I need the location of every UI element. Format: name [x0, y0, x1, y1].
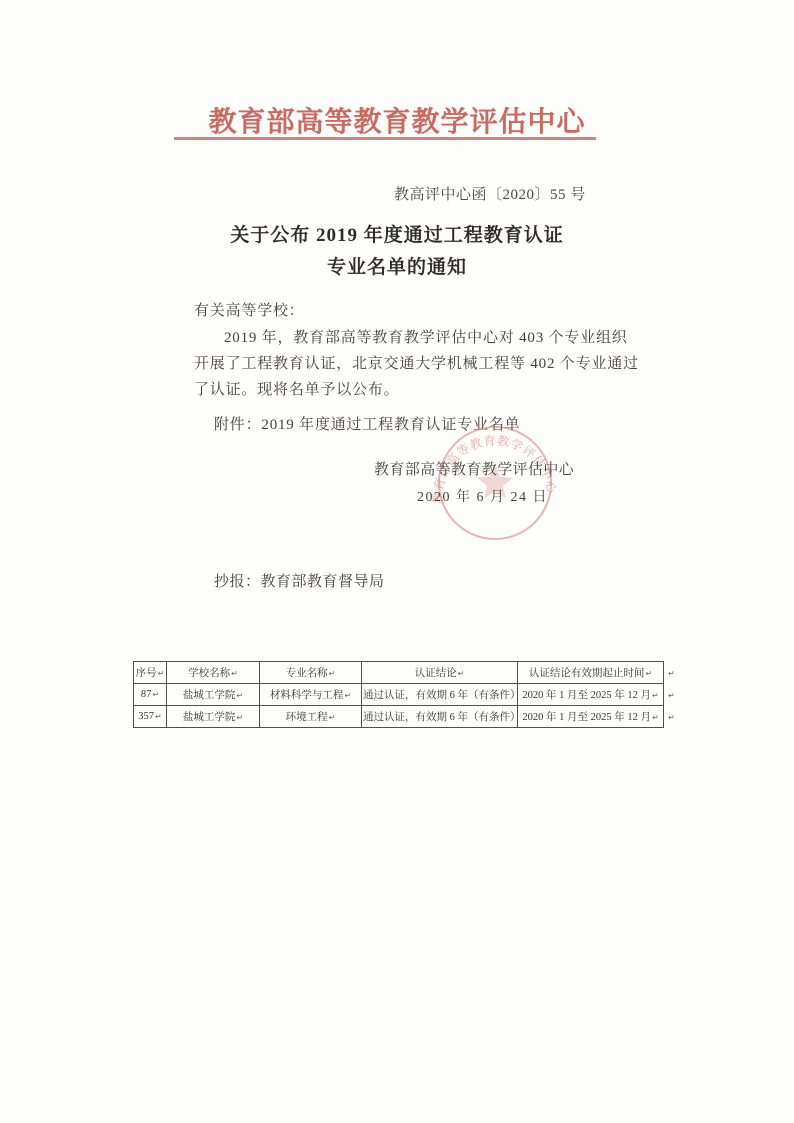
table-cell: 87↵	[134, 684, 167, 706]
letterhead-divider	[174, 137, 596, 140]
issue-date: 2020 年 6 月 24 日	[417, 486, 548, 506]
end-of-cell-mark: ↵	[645, 669, 652, 678]
end-of-cell-mark: ↵	[329, 713, 336, 722]
table-cell: 357↵	[134, 706, 167, 728]
end-of-cell-mark: ↵	[652, 691, 659, 700]
end-of-cell-mark: ↵	[458, 669, 465, 678]
body-line-2: 开展了工程教育认证，北京交通大学机械工程等 402 个专业通过	[194, 352, 639, 373]
end-of-cell-mark: ↵	[236, 713, 243, 722]
table-cell: 2020 年 1 月至 2025 年 12 月↵	[518, 684, 664, 706]
end-of-cell-mark: ↵	[344, 691, 351, 700]
column-header: 认证结论↵	[362, 662, 518, 684]
body-line-1: 2019 年，教育部高等教育教学评估中心对 403 个专业组织	[224, 326, 628, 347]
table-row: 357↵盐城工学院↵环境工程↵通过认证，有效期 6 年（有条件）↵2020 年 …	[134, 706, 664, 728]
table-row-end-marks: ↵↵↵	[667, 661, 675, 727]
end-of-row-mark: ↵	[668, 669, 675, 678]
document-number: 教高评中心函〔2020〕55 号	[394, 183, 586, 204]
column-header: 认证结论有效期起止时间↵	[518, 662, 664, 684]
end-of-row-mark: ↵	[668, 691, 675, 700]
body-line-3: 了认证。现将名单予以公布。	[194, 378, 399, 399]
end-of-cell-mark: ↵	[652, 713, 659, 722]
column-header: 专业名称↵	[260, 662, 362, 684]
end-of-cell-mark: ↵	[231, 669, 238, 678]
table-body: 87↵盐城工学院↵材料科学与工程↵通过认证，有效期 6 年（有条件）↵2020 …	[134, 684, 664, 728]
accreditation-table: 序号↵学校名称↵专业名称↵认证结论↵认证结论有效期起止时间↵ 87↵盐城工学院↵…	[133, 661, 664, 728]
document-title-line2: 专业名单的通知	[0, 252, 794, 279]
table-cell: 2020 年 1 月至 2025 年 12 月↵	[518, 706, 664, 728]
end-of-row-mark: ↵	[668, 713, 675, 722]
table-header-row: 序号↵学校名称↵专业名称↵认证结论↵认证结论有效期起止时间↵	[134, 662, 664, 684]
end-of-cell-mark: ↵	[236, 691, 243, 700]
table-cell: 环境工程↵	[260, 706, 362, 728]
issuer-name: 教育部高等教育教学评估中心	[374, 458, 574, 479]
end-of-cell-mark: ↵	[329, 669, 336, 678]
table-cell: 盐城工学院↵	[167, 706, 260, 728]
letterhead-org-name: 教育部高等教育教学评估中心	[0, 100, 794, 140]
salutation: 有关高等学校：	[194, 299, 305, 320]
table-cell: 盐城工学院↵	[167, 684, 260, 706]
column-header: 学校名称↵	[167, 662, 260, 684]
end-of-cell-mark: ↵	[152, 690, 159, 699]
column-header: 序号↵	[134, 662, 167, 684]
end-of-cell-mark: ↵	[158, 669, 165, 678]
document-title-line1: 关于公布 2019 年度通过工程教育认证	[0, 220, 794, 247]
document-page: 教育部高等教育教学评估中心 教高评中心函〔2020〕55 号 关于公布 2019…	[0, 0, 794, 1123]
cc-line: 抄报：教育部教育督导局	[214, 570, 385, 591]
table-cell: 材料科学与工程↵	[260, 684, 362, 706]
table-row: 87↵盐城工学院↵材料科学与工程↵通过认证，有效期 6 年（有条件）↵2020 …	[134, 684, 664, 706]
end-of-cell-mark: ↵	[155, 712, 162, 721]
table-cell: 通过认证，有效期 6 年（有条件）↵	[362, 684, 518, 706]
table-cell: 通过认证，有效期 6 年（有条件）↵	[362, 706, 518, 728]
